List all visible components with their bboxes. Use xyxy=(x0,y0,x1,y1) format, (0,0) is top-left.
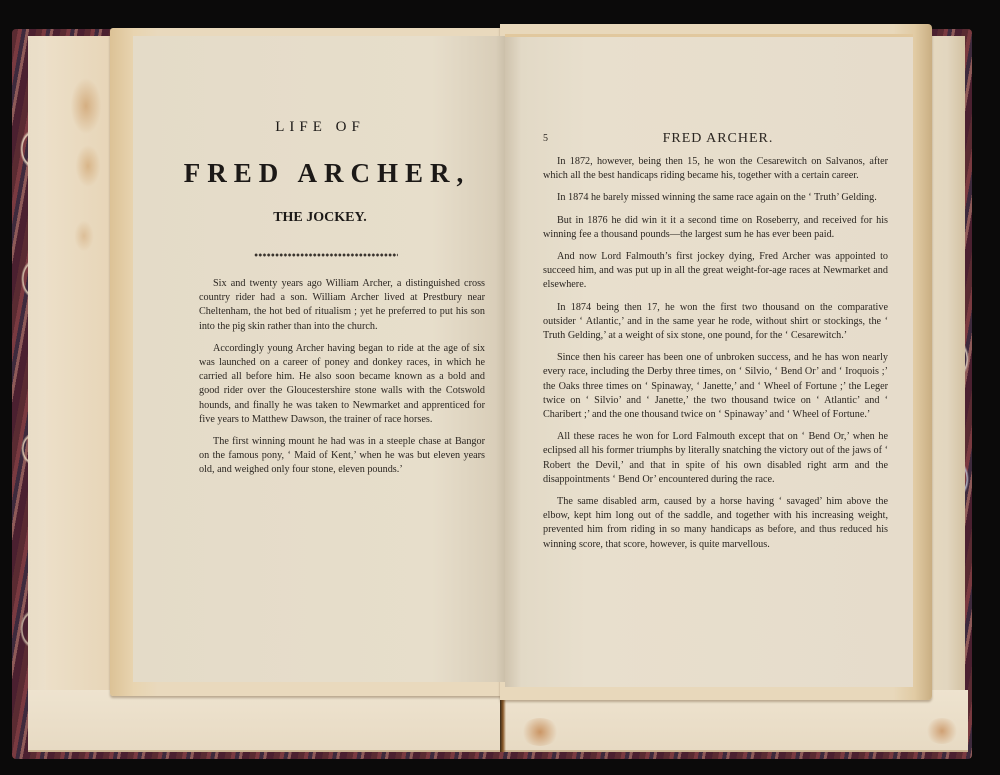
left-page-body: Six and twenty years ago William Archer,… xyxy=(199,277,485,486)
paragraph: Six and twenty years ago William Archer,… xyxy=(199,277,485,334)
paragraph: In 1874 he barely missed winning the sam… xyxy=(543,191,888,205)
book-title: FRED ARCHER, xyxy=(133,158,507,189)
foxing-stain xyxy=(925,718,959,744)
paragraph: In 1872, however, being then 15, he won … xyxy=(543,155,888,183)
paragraph: All these races he won for Lord Falmouth… xyxy=(543,430,888,487)
title-prefix: LIFE OF xyxy=(133,119,507,136)
running-title: FRED ARCHER. xyxy=(543,131,883,147)
book-subtitle: THE JOCKEY. xyxy=(133,210,507,226)
right-page: 5 FRED ARCHER. In 1872, however, being t… xyxy=(505,34,913,687)
running-head: 5 FRED ARCHER. xyxy=(543,133,883,149)
paragraph: Since then his career has been one of un… xyxy=(543,351,888,422)
right-page-body: In 1872, however, being then 15, he won … xyxy=(543,155,888,560)
ornamental-divider xyxy=(254,253,398,257)
paragraph: But in 1876 he did win it it a second ti… xyxy=(543,214,888,242)
paragraph: The same disabled arm, caused by a horse… xyxy=(543,495,888,552)
paragraph: And now Lord Falmouth’s first jockey dyi… xyxy=(543,250,888,293)
paragraph: In 1874 being then 17, he won the first … xyxy=(543,301,888,344)
foxing-stain xyxy=(520,718,560,746)
left-page: LIFE OF FRED ARCHER, THE JOCKEY. Six and… xyxy=(133,36,507,682)
paragraph: Accordingly young Archer having began to… xyxy=(199,342,485,427)
paragraph: The first winning mount he had was in a … xyxy=(199,435,485,478)
